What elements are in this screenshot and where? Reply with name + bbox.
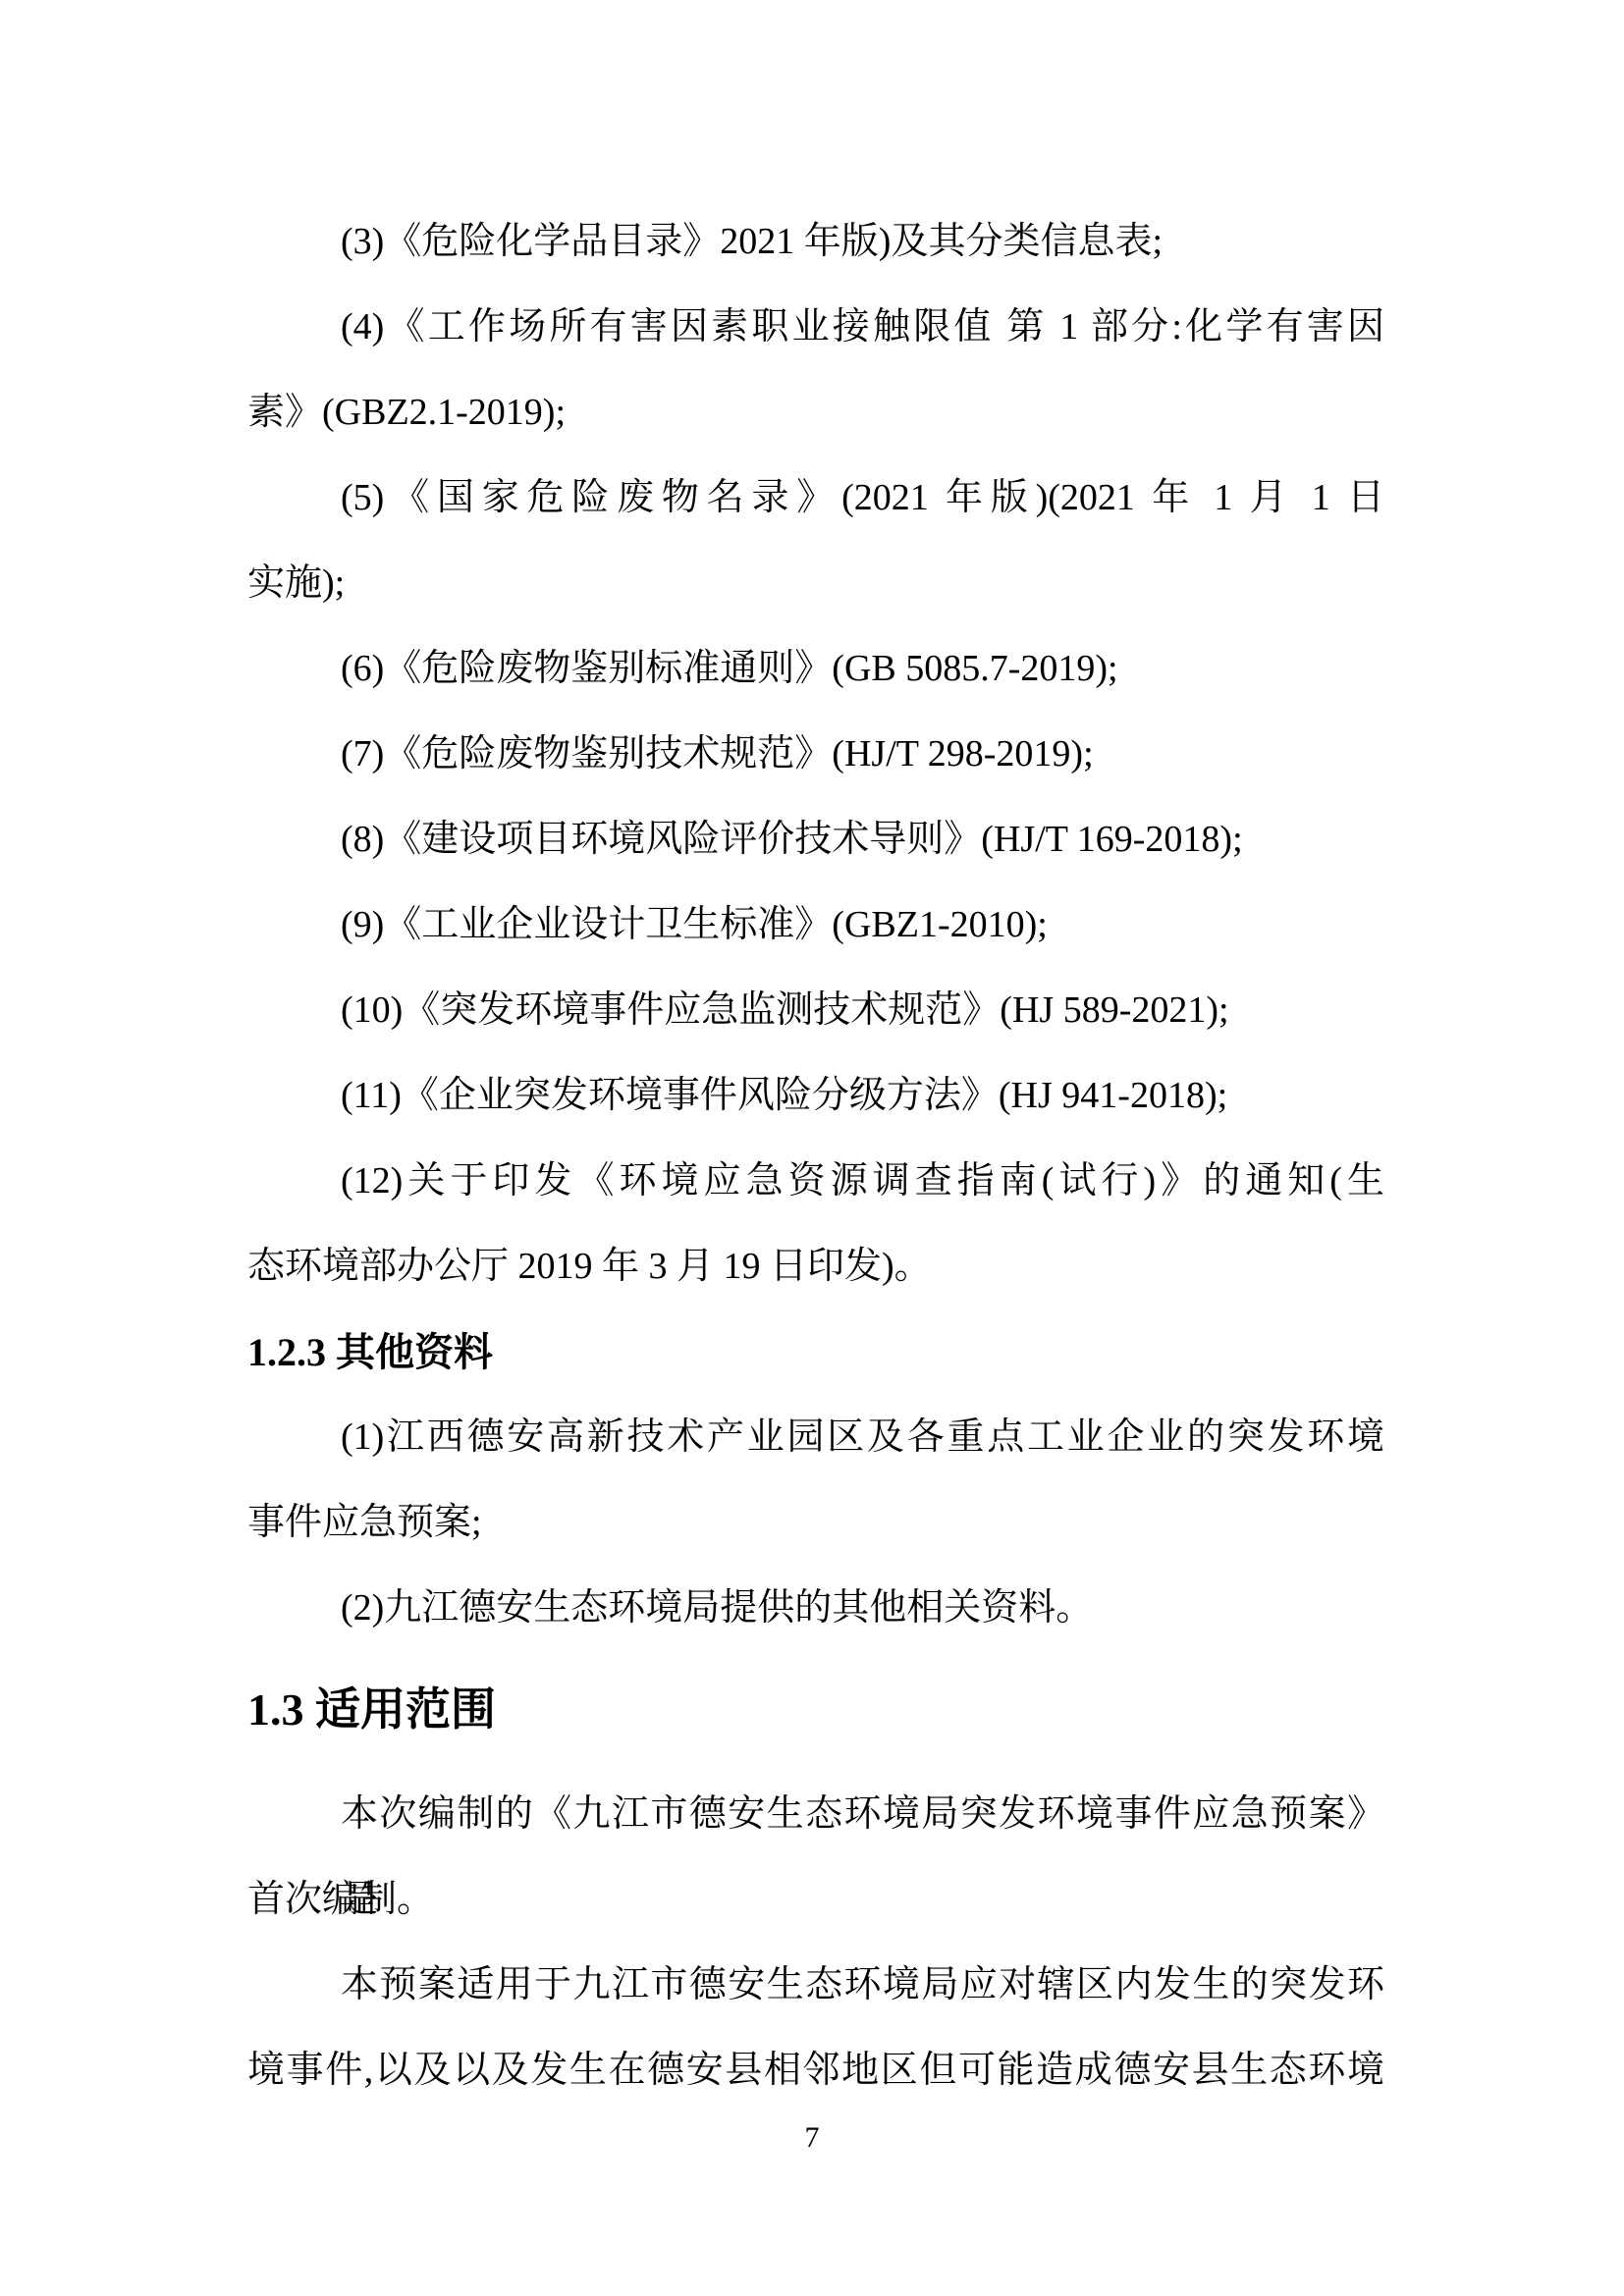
reference-item-5-line-2: 实施); — [247, 541, 1384, 626]
reference-item-9: (9)《工业企业设计卫生标准》(GBZ1-2010); — [247, 882, 1384, 968]
scope-paragraph-2-line-2: 境事件,以及以及发生在德安县相邻地区但可能造成德安县生态环境 — [247, 2028, 1384, 2113]
reference-item-11: (11)《企业突发环境事件风险分级方法》(HJ 941-2018); — [247, 1053, 1384, 1139]
other-materials-item-1-line-2: 事件应急预案; — [247, 1480, 1384, 1566]
reference-item-8: (8)《建设项目环境风险评价技术导则》(HJ/T 169-2018); — [247, 797, 1384, 882]
reference-item-4-line-1: (4)《工作场所有害因素职业接触限值 第 1 部分:化学有害因 — [247, 285, 1384, 370]
scope-paragraph-1-line-1: 本次编制的《九江市德安生态环境局突发环境事件应急预案》是 — [247, 1772, 1384, 1857]
reference-item-7: (7)《危险废物鉴别技术规范》(HJ/T 298-2019); — [247, 712, 1384, 797]
page-number: 7 — [0, 2109, 1624, 2167]
reference-item-5-line-1: (5)《国家危险废物名录》(2021 年版)(2021 年 1 月 1 日 — [247, 455, 1384, 541]
reference-item-3: (3)《危险化学品目录》2021 年版)及其分类信息表; — [247, 199, 1384, 285]
other-materials-item-2: (2)九江德安生态环境局提供的其他相关资料。 — [247, 1566, 1384, 1651]
document-page: (3)《危险化学品目录》2021 年版)及其分类信息表; (4)《工作场所有害因… — [0, 0, 1624, 2296]
section-heading-other-materials: 1.2.3 其他资料 — [247, 1309, 1384, 1395]
reference-item-6: (6)《危险废物鉴别标准通则》(GB 5085.7-2019); — [247, 626, 1384, 712]
page-content: (3)《危险化学品目录》2021 年版)及其分类信息表; (4)《工作场所有害因… — [247, 199, 1384, 2113]
section-heading-scope: 1.3 适用范围 — [247, 1667, 1384, 1752]
reference-item-10: (10)《突发环境事件应急监测技术规范》(HJ 589-2021); — [247, 968, 1384, 1053]
reference-item-12-line-1: (12)关于印发《环境应急资源调查指南(试行)》的通知(生 — [247, 1139, 1384, 1224]
scope-paragraph-1-line-2: 首次编制。 — [247, 1857, 1384, 1943]
scope-paragraph-2-line-1: 本预案适用于九江市德安生态环境局应对辖区内发生的突发环 — [247, 1943, 1384, 2028]
other-materials-item-1-line-1: (1)江西德安高新技术产业园区及各重点工业企业的突发环境 — [247, 1395, 1384, 1480]
reference-item-12-line-2: 态环境部办公厅 2019 年 3 月 19 日印发)。 — [247, 1224, 1384, 1309]
reference-item-4-line-2: 素》(GBZ2.1-2019); — [247, 370, 1384, 455]
